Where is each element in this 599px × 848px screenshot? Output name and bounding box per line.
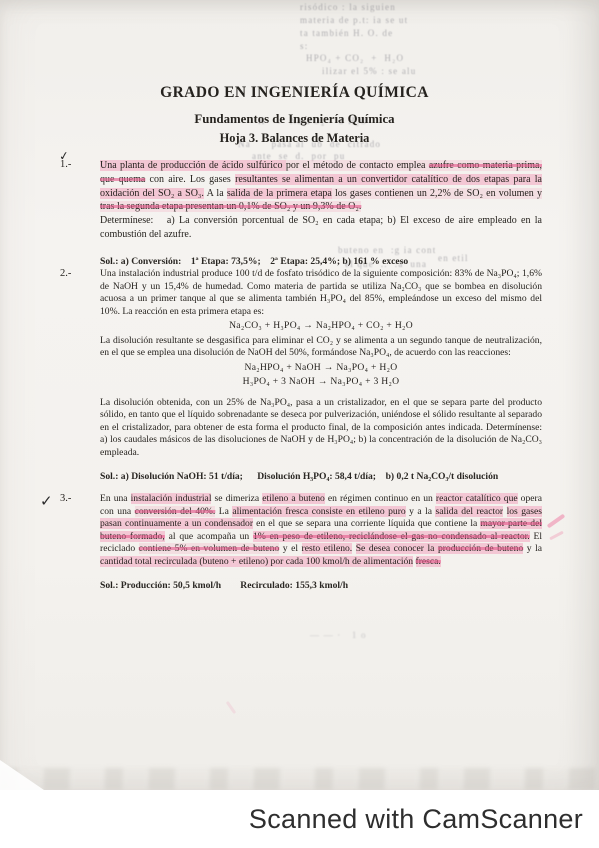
scan-edge-shadow — [0, 768, 599, 790]
text-segment: salida del reactor — [435, 506, 503, 517]
bleed-through-text: materia de p.t: ia se ut — [300, 15, 408, 25]
problem-body: Una planta de producción de ácido sulfúr… — [100, 159, 542, 269]
solution-line: Sol.: a) Disolución NaOH: 51 t/día; Diso… — [100, 471, 542, 484]
solution-label: Sol.: — [100, 471, 118, 482]
chemical-equation: H₃PO₄ + 3 NaOH → Na₃PO₄ + 3 H₂O — [100, 376, 542, 389]
text-segment: en régimen continuo en un — [325, 493, 436, 504]
problem-1: 1.- Una planta de producción de ácido su… — [60, 159, 542, 269]
text-segment: conversión del 40%. — [135, 506, 216, 517]
highlighter-mark — [547, 514, 566, 529]
text-segment: que quema — [100, 174, 145, 185]
bleed-through-text: ilizar el 5% : se alu — [322, 66, 416, 76]
bleed-through-text: ta también H. O. de — [300, 28, 393, 38]
highlighter-mark — [549, 531, 564, 541]
checkmark-annotation: ✓ — [40, 492, 53, 510]
text-segment: etileno a buteno — [262, 493, 325, 504]
solution-label: Sol.: — [100, 256, 118, 267]
text-segment: instalación industrial — [131, 493, 212, 504]
solution-line: Sol.: Producción: 50,5 kmol/h Recirculad… — [100, 580, 542, 593]
text-segment: salida de la primera etapa — [227, 188, 332, 199]
text-segment: azufre como materia prima, — [429, 160, 542, 171]
problem-number: 1.- — [60, 159, 100, 269]
camscanner-watermark: Scanned with CamScanner — [249, 804, 583, 835]
chemical-equation: Na₂CO₃ + H₃PO₄ → Na₂HPO₄ + CO₂ + H₂O — [100, 320, 542, 333]
problem-body: En una instalación industrial se dimeriz… — [100, 493, 542, 593]
scan-area: risódico : la siguien materia de p.t: ia… — [0, 0, 599, 790]
text-segment: Una planta de producción de ácido sulfúr… — [100, 160, 286, 171]
text-segment: los gases contienen un 2,2% de SO₂ en vo… — [332, 188, 542, 199]
watermark-band: Scanned with CamScanner — [0, 790, 599, 848]
document-header: GRADO EN INGENIERÍA QUÍMICA Fundamentos … — [0, 84, 589, 146]
text-segment: La disolución obtenida, con un 25% de Na… — [100, 397, 542, 458]
chemical-equation: Na₂HPO₄ + NaOH → Na₃PO₄ + H₂O — [100, 362, 542, 375]
scanned-page: risódico : la siguien materia de p.t: ia… — [0, 0, 599, 848]
text-segment: Una instalación industrial produce 100 t… — [100, 268, 542, 317]
paragraph: La disolución obtenida, con un 25% de Na… — [100, 397, 542, 460]
bleed-through-text: risódico : la siguien — [300, 2, 396, 12]
paragraph: En una instalación industrial se dimeriz… — [100, 493, 542, 568]
degree-title: GRADO EN INGENIERÍA QUÍMICA — [0, 84, 589, 102]
text-segment: Se desea conocer la — [356, 543, 438, 554]
solution-line: Sol.: a) Conversión: 1ª Etapa: 73,5%; 2ª… — [100, 255, 542, 269]
text-segment: cantidad total recirculada (buteno + eti… — [100, 556, 413, 567]
paragraph: La disolución resultante se desgasifica … — [100, 335, 542, 360]
text-segment: y a la — [406, 506, 436, 517]
text-segment: se dimeriza — [211, 493, 262, 504]
course-title: Fundamentos de Ingeniería Química — [0, 112, 589, 127]
text-segment: con aire. Los gases — [145, 174, 235, 185]
text-segment: por el método de contacto emplea — [286, 160, 429, 171]
paragraph: Una planta de producción de ácido sulfúr… — [100, 159, 542, 214]
text-segment: La disolución resultante se desgasifica … — [100, 335, 542, 359]
problem-number: 2.- — [60, 268, 100, 484]
text-segment: alimentación fresca consiste en etileno … — [232, 506, 405, 517]
paragraph: Determínese: a) La conversión porcentual… — [100, 214, 542, 242]
text-segment: La — [215, 506, 232, 517]
text-segment: fresca. — [416, 556, 441, 567]
solution-text: a) Disolución NaOH: 51 t/día; Disolución… — [118, 471, 498, 482]
text-segment: producción de buteno — [438, 543, 523, 554]
text-segment: en el que se separa una corriente líquid… — [253, 518, 480, 529]
problem-number: 3.- — [60, 493, 100, 593]
text-segment: contiene 5% en volumen de buteno — [139, 543, 280, 554]
bleed-through-text: — — · 1 o — [310, 630, 367, 640]
text-segment: reactor catalítico que — [436, 493, 518, 504]
problem-2: 2.- Una instalación industrial produce 1… — [60, 268, 542, 484]
text-segment: y el — [279, 543, 301, 554]
text-segment: Determínese: a) La conversión porcentual… — [100, 215, 542, 240]
solution-text: a) Conversión: 1ª Etapa: 73,5%; 2ª Etapa… — [118, 256, 408, 267]
problem-3: 3.- En una instalación industrial se dim… — [60, 493, 542, 593]
text-segment: En una — [100, 493, 131, 504]
text-segment: 1% en peso de etileno, reciclándose el g… — [253, 531, 530, 542]
text-segment: al que acompaña un — [165, 531, 253, 542]
sheet-title: Hoja 3. Balances de Materia — [0, 131, 589, 146]
bleed-through-text: s: — [300, 41, 308, 51]
text-segment: y la — [523, 543, 542, 554]
problem-body: Una instalación industrial produce 100 t… — [100, 268, 542, 484]
bleed-through-text: HPO₄ + CO₂ + H₂O — [306, 53, 404, 63]
text-segment: resto etileno. — [302, 543, 353, 554]
solution-text: Producción: 50,5 kmol/h Recirculado: 155… — [118, 580, 348, 591]
text-segment: A la — [204, 188, 227, 199]
paragraph: Una instalación industrial produce 100 t… — [100, 268, 542, 318]
text-segment: tras la segunda etapa presentan un 0,1% … — [100, 201, 361, 212]
solution-label: Sol.: — [100, 580, 118, 591]
highlighter-mark — [226, 701, 236, 714]
